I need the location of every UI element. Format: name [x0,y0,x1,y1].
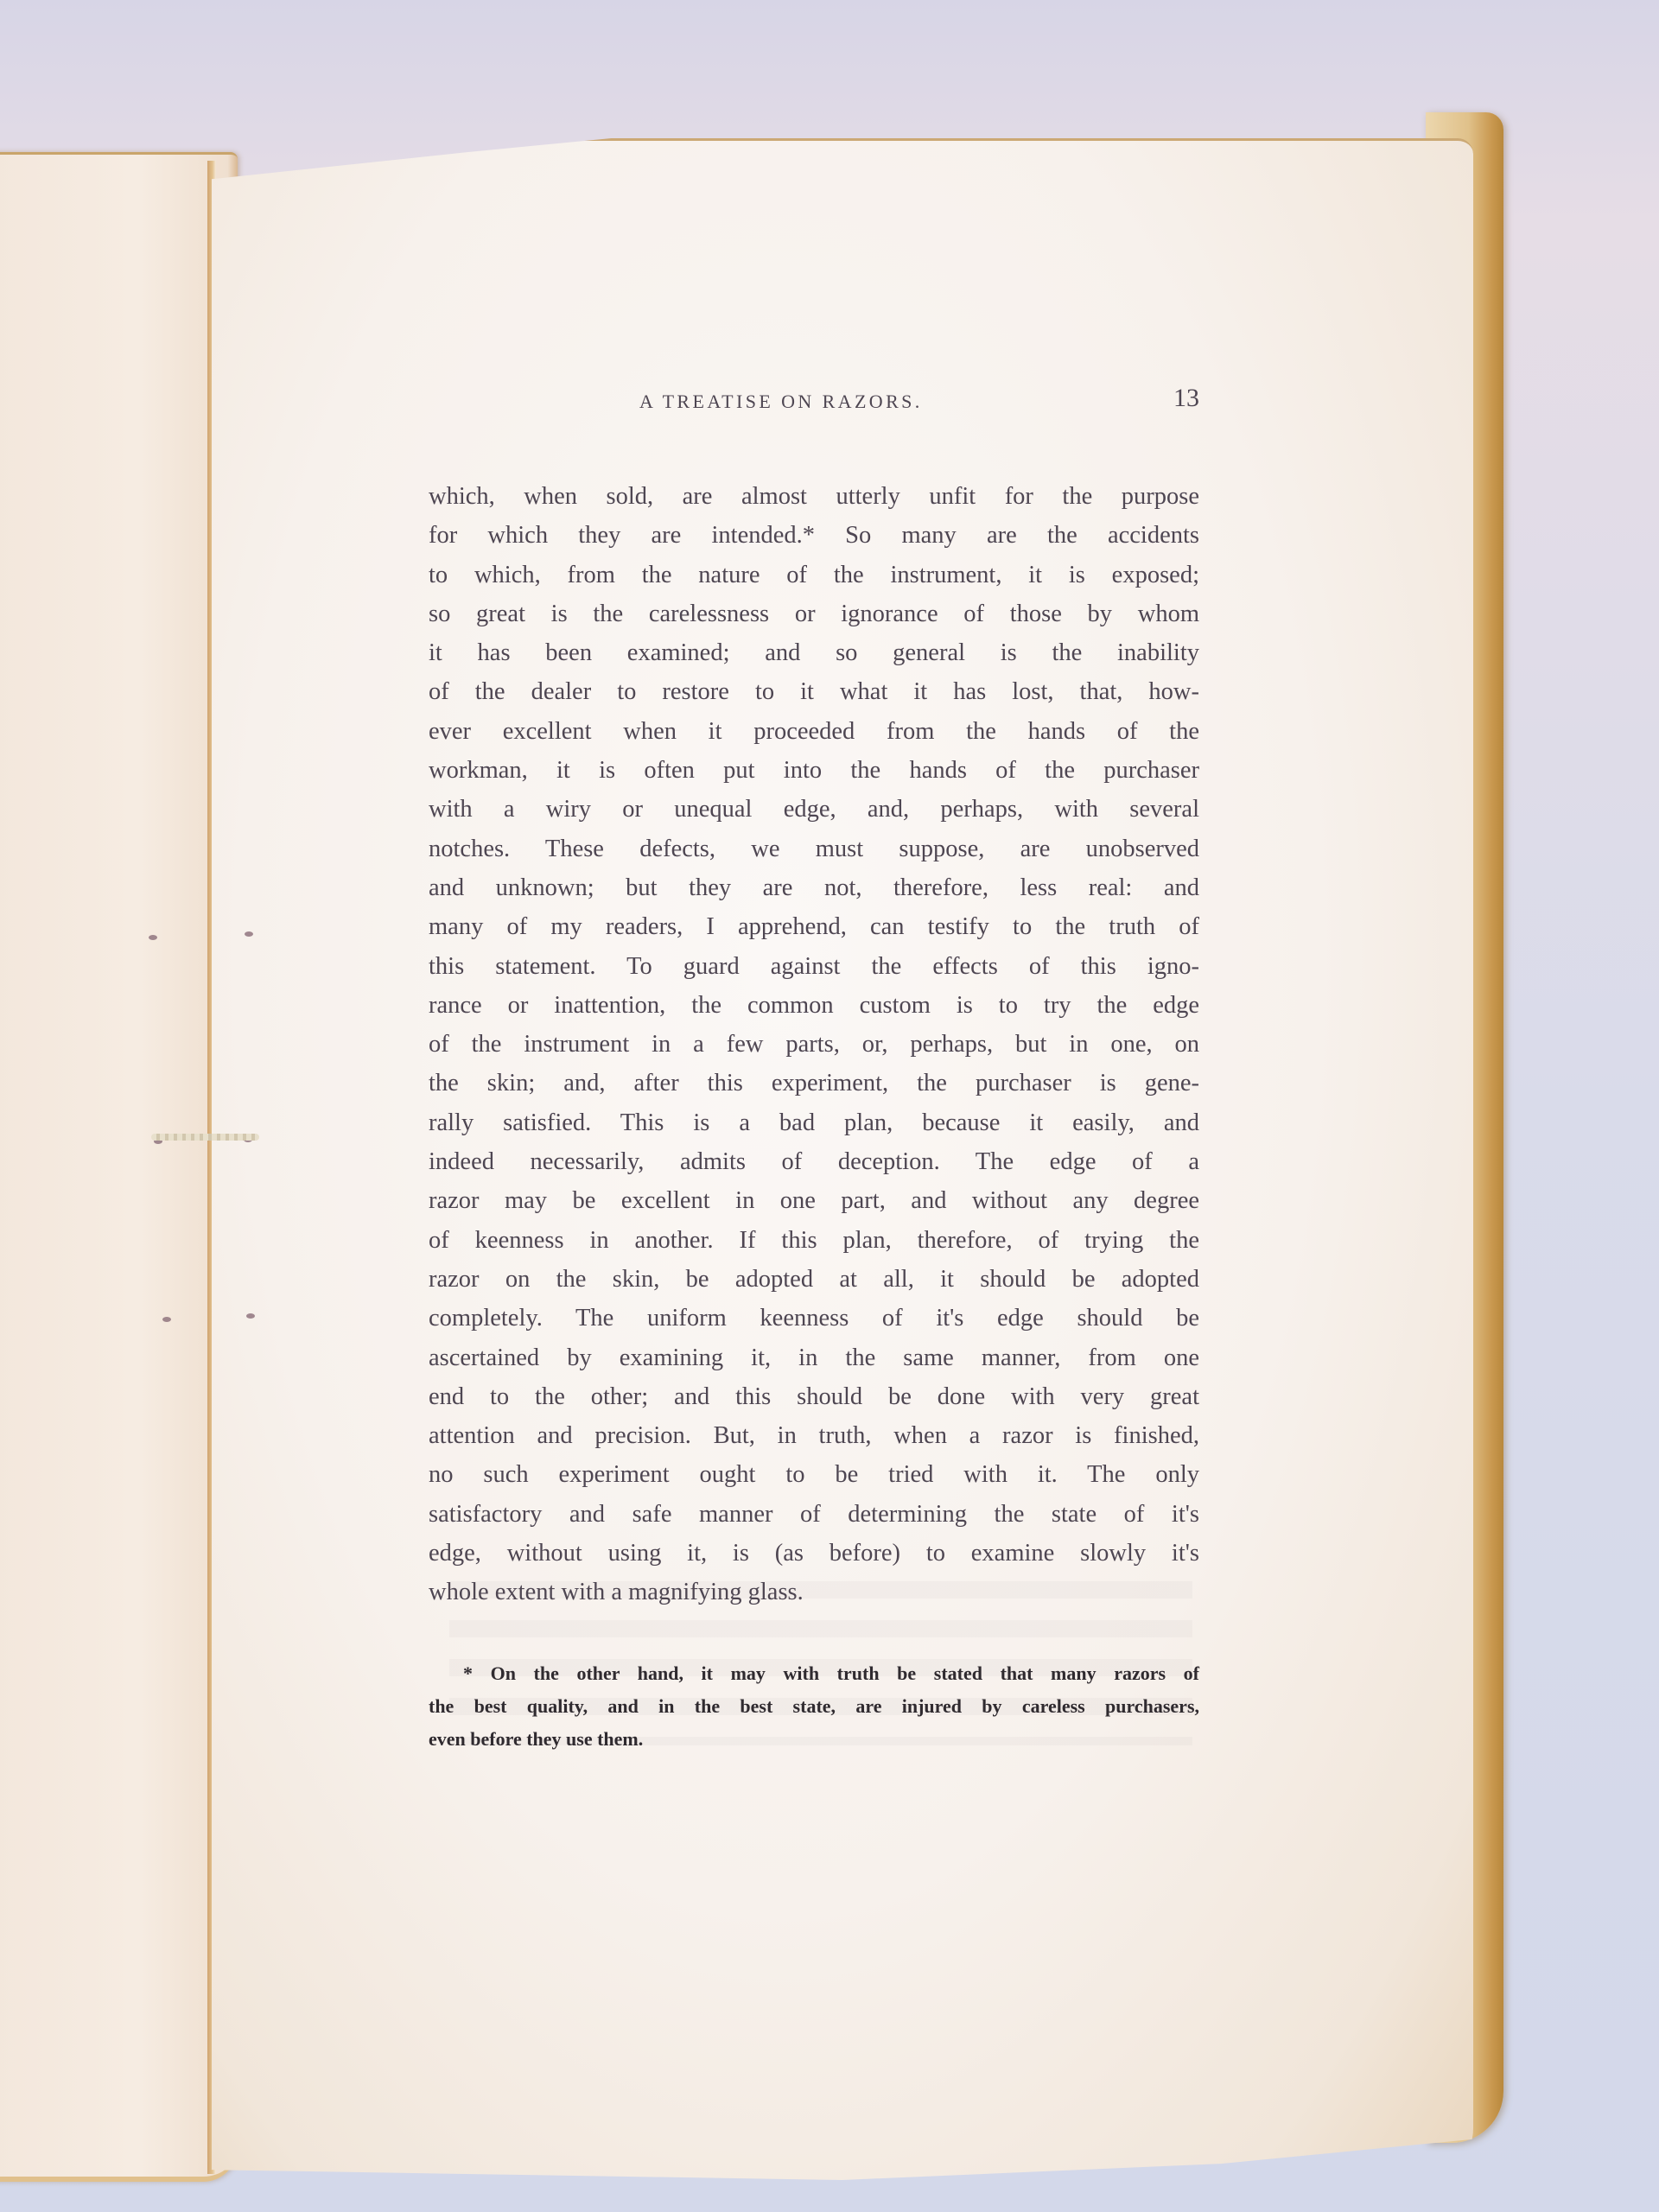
text-line: of keenness in another. If this plan, th… [429,1221,1199,1260]
page-number: 13 [1173,384,1199,413]
text-line: ascertained by examining it, in the same… [429,1338,1199,1377]
footnote: * On the other hand, it may with truth b… [429,1657,1199,1756]
text-line: completely. The uniform keenness of it's… [429,1299,1199,1338]
text-line: notches. These defects, we must suppose,… [429,829,1199,868]
text-line: edge, without using it, is (as before) t… [429,1534,1199,1573]
text-line: indeed necessarily, admits of deception.… [429,1142,1199,1181]
text-line: to which, from the nature of the instrum… [429,556,1199,594]
footnote-line: even before they use them. [429,1723,1199,1756]
footnote-line: * On the other hand, it may with truth b… [429,1657,1199,1690]
left-page [0,152,238,2182]
text-line: it has been examined; and so general is … [429,633,1199,672]
binding-hole [245,931,253,937]
text-line: many of my readers, I apprehend, can tes… [429,907,1199,946]
text-line: end to the other; and this should be don… [429,1377,1199,1416]
text-line: and unknown; but they are not, therefore… [429,868,1199,907]
text-line: with a wiry or unequal edge, and, perhap… [429,790,1199,829]
text-line: attention and precision. But, in truth, … [429,1416,1199,1455]
text-line: ever excellent when it proceeded from th… [429,712,1199,751]
text-line: whole extent with a magnifying glass. [429,1573,1199,1611]
body-text: which, when sold, are almost utterly unf… [429,477,1199,1612]
binding-hole [246,1313,255,1319]
text-line: razor may be excellent in one part, and … [429,1181,1199,1220]
text-line: of the instrument in a few parts, or, pe… [429,1025,1199,1064]
text-line: rance or inattention, the common custom … [429,986,1199,1025]
page-text: A TREATISE ON RAZORS. 13 which, when sol… [429,387,1199,1756]
binding-thread [151,1134,259,1141]
text-line: which, when sold, are almost utterly unf… [429,477,1199,516]
text-line: so great is the carelessness or ignoranc… [429,594,1199,633]
text-line: this statement. To guard against the eff… [429,947,1199,986]
binding-hole [149,935,157,940]
text-line: the skin; and, after this experiment, th… [429,1064,1199,1103]
text-line: for which they are intended.* So many ar… [429,516,1199,555]
footnote-line: the best quality, and in the best state,… [429,1690,1199,1723]
running-head-title: A TREATISE ON RAZORS. [639,391,923,413]
running-head: A TREATISE ON RAZORS. 13 [429,387,1199,422]
text-line: razor on the skin, be adopted at all, it… [429,1260,1199,1299]
binding-hole [162,1317,171,1322]
text-line: no such experiment ought to be tried wit… [429,1455,1199,1494]
text-line: workman, it is often put into the hands … [429,751,1199,790]
text-line: of the dealer to restore to it what it h… [429,672,1199,711]
text-line: satisfactory and safe manner of determin… [429,1495,1199,1534]
text-line: rally satisfied. This is a bad plan, bec… [429,1103,1199,1142]
